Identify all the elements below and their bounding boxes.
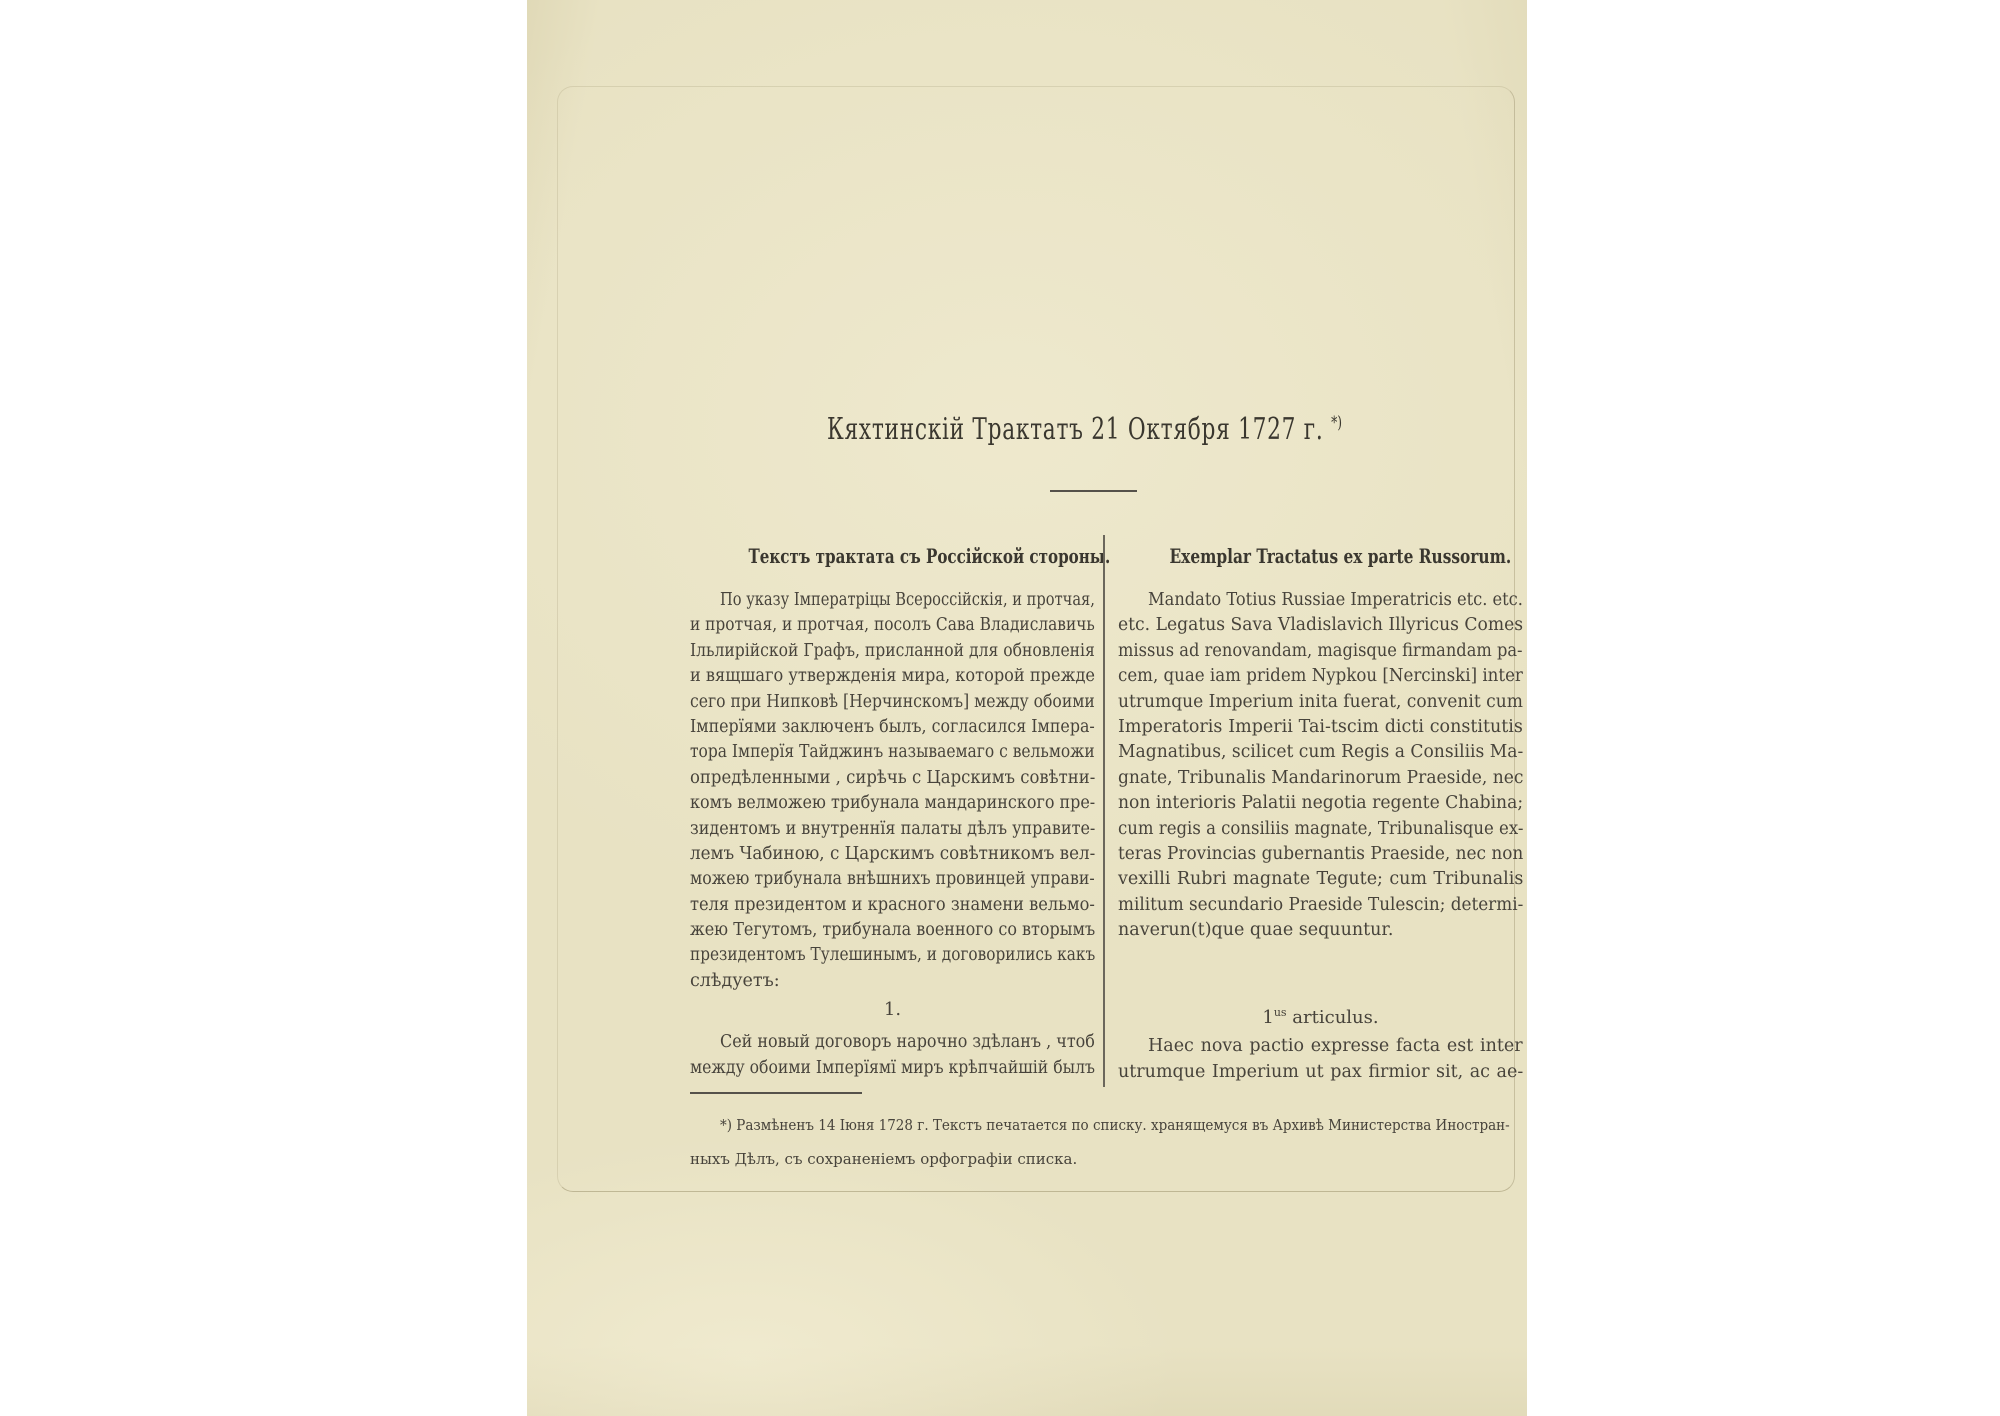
text-line: жею Тегутомъ, трибунала военного со втор… <box>690 918 1095 943</box>
text-line: etc. Legatus Sava Vladislavich Illyricus… <box>1118 613 1523 638</box>
text-line: Magnatibus, scilicet cum Regis a Consili… <box>1118 740 1523 765</box>
text-line: cum regis a consiliis magnate, Tribunali… <box>1118 817 1523 842</box>
latin-article-heading: 1us articulus. <box>1118 1000 1523 1031</box>
page-title: Кяхтинскій Трактатъ 21 Октября 1727 г. *… <box>640 404 1530 449</box>
text-line: non interioris Palatii negotia regente C… <box>1118 791 1523 816</box>
text-line: Ільлирійской Графъ, присланной для обнов… <box>690 639 1095 664</box>
text-line: Haec nova pactio expresse facta est inte… <box>1118 1034 1523 1059</box>
latin-paragraph-1: Mandato Totius Russiae Imperatricis etc.… <box>1118 588 1523 943</box>
latin-column: Exemplar Tractatus ex parte Russorum. Ma… <box>1118 542 1523 1085</box>
text-line: По указу Імператріцы Всероссійскія, и пр… <box>690 588 1095 613</box>
latin-article-number: 1 <box>1262 1007 1273 1028</box>
text-line: teras Provincias gubernantis Praeside, n… <box>1118 842 1523 867</box>
text-line: vexilli Rubri magnate Tegute; cum Tribun… <box>1118 867 1523 892</box>
text-line: сего при Нипковѣ [Нерчинскомъ] между обо… <box>690 690 1095 715</box>
latin-article-label: articulus. <box>1287 1007 1379 1028</box>
text-line: *) Размѣненъ 14 Іюня 1728 г. Текстъ печа… <box>690 1108 1510 1142</box>
text-line: missus ad renovandam, magisque firmandam… <box>1118 639 1523 664</box>
text-line: лемъ Чабиною, с Царскимъ совѣтникомъ вел… <box>690 842 1095 867</box>
text-line: комъ велможею трибунала мандаринского пр… <box>690 791 1095 816</box>
russian-paragraph-2: Сей новый договоръ нарочно здѣланъ , что… <box>690 1030 1095 1081</box>
text-line: между обоими Імперїямї миръ крѣпчайшій б… <box>690 1056 1095 1081</box>
text-line: utrumque Imperium ut pax firmior sit, ac… <box>1118 1060 1523 1085</box>
text-line: президентомъ Тулешинымъ, и договорились … <box>690 943 1095 968</box>
latin-column-header: Exemplar Tractatus ex parte Russorum. <box>1118 542 1523 570</box>
column-divider-rule <box>1103 535 1105 1087</box>
text-line: ныхъ Дѣлъ, съ сохраненіемъ орфографіи сп… <box>690 1142 1510 1176</box>
russian-column-header-text: Текстъ трактата съ Россійской стороны. <box>748 542 1110 570</box>
text-line: слѣдуетъ: <box>690 969 1095 994</box>
text-line: Imperatoris Imperii Tai-tscim dicti cons… <box>1118 715 1523 740</box>
text-line: gnate, Tribunalis Mandarinorum Praeside,… <box>1118 766 1523 791</box>
page-title-text: Кяхтинскій Трактатъ 21 Октября 1727 г. *… <box>827 404 1342 449</box>
latin-paragraph-2: Haec nova pactio expresse facta est inte… <box>1118 1034 1523 1085</box>
footnote-reference-mark: *) <box>1332 413 1343 433</box>
text-line: naverun(t)que quae sequuntur. <box>1118 918 1523 943</box>
text-line: militum secundario Praeside Tulescin; de… <box>1118 893 1523 918</box>
footnote-divider-rule <box>690 1092 862 1094</box>
text-line: Сей новый договоръ нарочно здѣланъ , что… <box>690 1030 1095 1055</box>
latin-column-header-text: Exemplar Tractatus ex parte Russorum. <box>1169 542 1511 570</box>
page-title-main: Кяхтинскій Трактатъ 21 Октября 1727 г. <box>827 412 1323 447</box>
text-line: Імперїями заключенъ былъ, согласился Імп… <box>690 715 1095 740</box>
footnote: *) Размѣненъ 14 Іюня 1728 г. Текстъ печа… <box>690 1108 1510 1176</box>
text-line: зидентомъ и внутреннїя палаты дѣлъ управ… <box>690 817 1095 842</box>
russian-paragraph-1: По указу Імператріцы Всероссійскія, и пр… <box>690 588 1095 994</box>
book-page: Кяхтинскій Трактатъ 21 Октября 1727 г. *… <box>527 0 1527 1416</box>
russian-article-number: 1. <box>690 997 1095 1023</box>
text-line: можею трибунала внѣшнихъ провинцей управ… <box>690 867 1095 892</box>
text-line: тора Імперїя Тайджинъ называемаго с вель… <box>690 740 1095 765</box>
russian-column: Текстъ трактата съ Россійской стороны. П… <box>690 542 1095 1081</box>
text-line: теля президентом и красного знамени вель… <box>690 893 1095 918</box>
text-line: utrumque Imperium inita fuerat, convenit… <box>1118 690 1523 715</box>
text-line: и протчая, и протчая, посолъ Сава Владис… <box>690 613 1095 638</box>
title-divider-rule <box>1050 490 1137 492</box>
text-line: опредѣленными , сирѣчь с Царскимъ совѣтн… <box>690 766 1095 791</box>
latin-article-ordinal-suffix: us <box>1274 1006 1287 1019</box>
text-line: Mandato Totius Russiae Imperatricis etc.… <box>1118 588 1523 613</box>
scan-background: Кяхтинскій Трактатъ 21 Октября 1727 г. *… <box>0 0 2000 1416</box>
text-line: cem, quae iam pridem Nypkou [Nercinski] … <box>1118 664 1523 689</box>
text-line: и вящшаго утвержденія мира, которой преж… <box>690 664 1095 689</box>
russian-column-header: Текстъ трактата съ Россійской стороны. <box>690 542 1095 570</box>
